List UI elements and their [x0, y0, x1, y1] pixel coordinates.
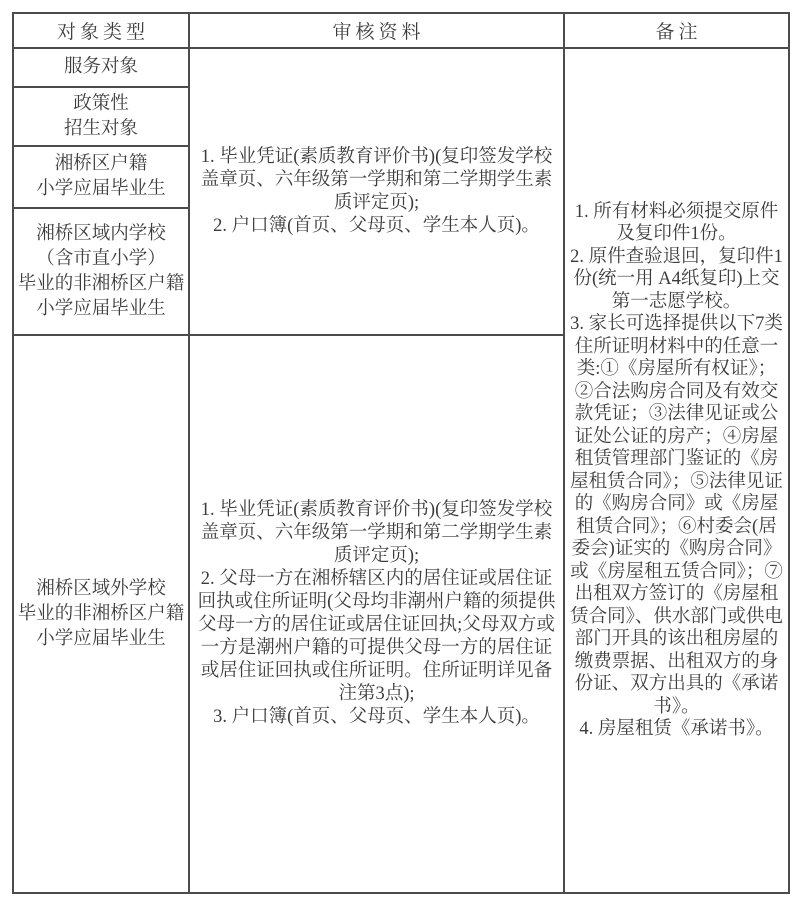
- column-header-review-materials: 审核资料: [189, 13, 564, 48]
- document-page: 对象类型 审核资料 备注 服务对象 1. 毕业凭证(素质教育评价书)(复印签发学…: [0, 0, 800, 912]
- column-header-object-type: 对象类型: [13, 13, 189, 48]
- object-type-cell-outside-district-nonregistered: 湘桥区域外学校 毕业的非湘桥区户籍 小学应届毕业生: [13, 335, 189, 893]
- object-type-cell-service-target: 服务对象: [13, 48, 189, 87]
- remarks-cell: 1. 所有材料必须提交原件及复印件1份。 2. 原件查验退回，复印件1份(统一用…: [564, 48, 789, 893]
- column-header-remarks: 备注: [564, 13, 789, 48]
- object-type-cell-inside-district-nonregistered: 湘桥区域内学校 （含市直小学） 毕业的非湘桥区户籍 小学应届毕业生: [13, 208, 189, 335]
- object-type-cell-policy-enrollment: 政策性 招生对象: [13, 87, 189, 146]
- materials-cell-lower: 1. 毕业凭证(素质教育评价书)(复印签发学校盖章页、六年级第一学期和第二学期学…: [189, 335, 564, 893]
- header-row: 对象类型 审核资料 备注: [13, 13, 789, 48]
- table-row: 服务对象 1. 毕业凭证(素质教育评价书)(复印签发学校盖章页、六年级第一学期和…: [13, 48, 789, 87]
- materials-cell-upper: 1. 毕业凭证(素质教育评价书)(复印签发学校盖章页、六年级第一学期和第二学期学…: [189, 48, 564, 335]
- admission-review-materials-table: 对象类型 审核资料 备注 服务对象 1. 毕业凭证(素质教育评价书)(复印签发学…: [12, 12, 790, 894]
- object-type-cell-xiangqiao-registered: 湘桥区户籍 小学应届毕业生: [13, 146, 189, 208]
